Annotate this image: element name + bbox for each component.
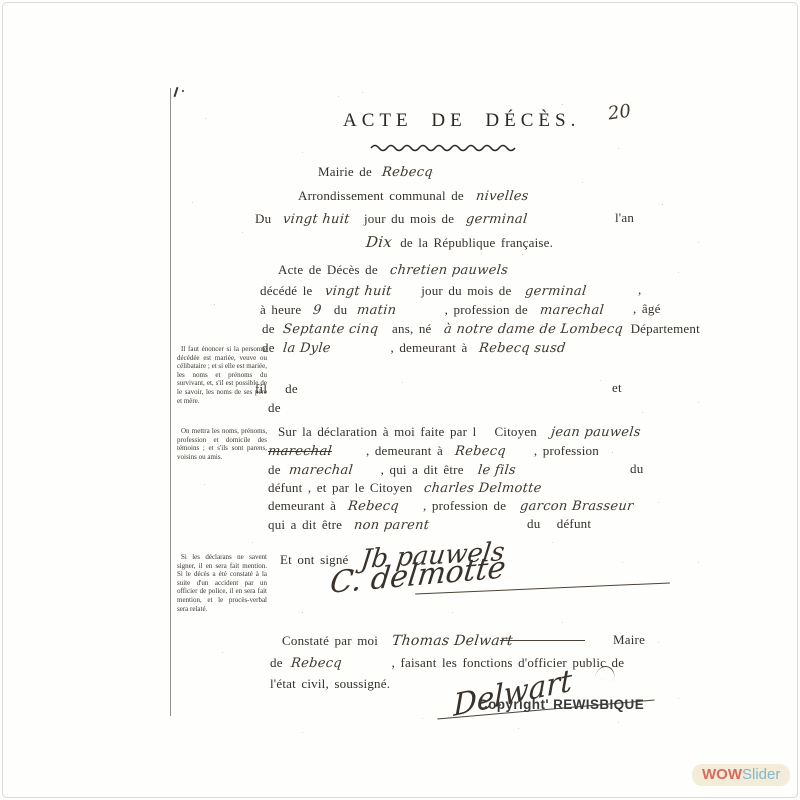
copyright-watermark: Copyright' REWISBIQUE (478, 697, 644, 712)
handwritten-entry: nivelles (475, 189, 529, 204)
printed-label: de (262, 321, 275, 336)
handwritten-entry: matin (356, 303, 397, 318)
handwritten-entry-struck: marechal (267, 444, 333, 459)
scanned-document-page: ACTE DE DÉCÈS. 20 Il faut énoncer si la … (0, 0, 800, 800)
printed-label: l'an (615, 210, 634, 226)
margin-note: Si les déclarans ne savent signer, il en… (177, 553, 267, 613)
printed-label: , profession de (445, 302, 528, 317)
handwritten-entry: marechal (539, 303, 605, 318)
line-defunt-citoyen2: défunt , et par le Citoyen charles Delmo… (268, 479, 542, 496)
printed-label: jour du mois de (421, 283, 511, 298)
line-profession1: de marechal , qui a dit être le fils du (268, 461, 648, 478)
line-decede-le: décédé le vingt huit jour du mois de ger… (260, 282, 660, 299)
handwritten-entry: germinal (465, 212, 528, 227)
line-constate: Constaté par moi Thomas Delwart Maire (282, 632, 642, 649)
handwritten-entry: le fils (477, 463, 516, 478)
handwritten-entry: charles Delmotte (424, 481, 543, 496)
printed-label: , faisant les fonctions d'officier publi… (392, 655, 625, 670)
printed-label: de la République française. (400, 235, 553, 250)
printed-label: Acte de Décès de (278, 262, 378, 277)
handwritten-entry: chretien pauwels (389, 263, 509, 278)
wowslider-badge[interactable]: WOWSlider (692, 764, 790, 786)
printed-label: de (285, 381, 298, 396)
line-age-naissance: de Septante cinq ans, né à notre dame de… (262, 320, 700, 337)
printed-label: demeurant à (268, 498, 336, 513)
line-temoin1: marechal , demeurant à Rebecq , professi… (268, 442, 599, 459)
margin-note: On mettra les noms, prénoms, profession … (177, 427, 267, 461)
printed-label: , demeurant à (366, 443, 443, 458)
line-parent: qui a dit être non parent du défunt (268, 516, 648, 533)
handwritten-entry: Rebecq (347, 499, 399, 514)
handwritten-entry: la Dyle (282, 341, 331, 356)
scan-mark (174, 87, 179, 97)
printed-label: Arrondissement communal de (298, 188, 464, 203)
line-de: de (268, 399, 281, 416)
printed-label: qui a dit être (268, 517, 342, 532)
line-an-republique: Dix de la République française. (366, 233, 553, 250)
line-temoin2: demeurant à Rebecq , profession de garco… (268, 497, 634, 514)
handwritten-entry: Septante cinq (282, 322, 379, 337)
printed-label: de (268, 462, 281, 477)
printed-label: de (262, 340, 275, 355)
printed-label: Maire (613, 632, 645, 648)
line-departement-demeure: de la Dyle , demeurant à Rebecq susd (262, 339, 566, 356)
scan-mark-dot (182, 90, 184, 92)
printed-label: du défunt (527, 516, 591, 532)
printed-label: Sur la déclaration à moi faite par l (278, 424, 476, 439)
printed-label: et (612, 380, 622, 396)
printed-label: fil (255, 381, 267, 396)
line-signature-delwart: Delwart (452, 676, 573, 693)
printed-label: , qui a dit être (381, 462, 464, 477)
line-signature-delmotte: C. delmotte (330, 558, 506, 575)
scan-noise (0, 0, 1, 1)
printed-label: jour du mois de (364, 211, 454, 226)
line-acte-de-deces-de: Acte de Décès de chretien pauwels (278, 261, 508, 278)
printed-label: , demeurant à (390, 340, 467, 355)
handwritten-entry: à notre dame de Lombecq (443, 322, 624, 337)
wowslider-badge-wow: WOW (702, 766, 742, 783)
line-date: Du vingt huit jour du mois de germinal l… (255, 210, 635, 227)
document-title: ACTE DE DÉCÈS. (343, 110, 580, 132)
handwritten-page-number: 20 (607, 101, 633, 125)
printed-label: , (638, 282, 641, 298)
printed-label: de (270, 655, 283, 670)
line-arrondissement: Arrondissement communal de nivelles (298, 187, 529, 204)
printed-label: ans, né (392, 321, 432, 336)
printed-label: à heure (260, 302, 301, 317)
handwritten-entry: vingt huit (283, 212, 351, 227)
handwritten-entry: jean pauwels (550, 425, 641, 440)
title-underline-ornament (369, 139, 524, 157)
handwritten-entry: Rebecq (290, 656, 342, 671)
line-declaration: Sur la déclaration à moi faite par l Cit… (278, 423, 641, 440)
printed-label: Département (631, 321, 700, 336)
printed-label: , âgé (633, 301, 661, 317)
printed-label: Constaté par moi (282, 633, 378, 648)
printed-label: décédé le (260, 283, 313, 298)
handwritten-entry: Rebecq (454, 444, 506, 459)
line-fil-de: fil de et (255, 380, 635, 397)
handwritten-entry: Dix (365, 233, 393, 251)
printed-label: de (268, 400, 281, 415)
line-mairie: Mairie de Rebecq (318, 163, 433, 180)
handwritten-entry: germinal (525, 284, 588, 299)
handwritten-entry: marechal (288, 463, 354, 478)
printed-label: défunt , et par le Citoyen (268, 480, 412, 495)
handwritten-entry: Rebecq (381, 165, 433, 180)
line-etat-civil: l'état civil, soussigné. (270, 675, 390, 692)
line-heure-profession: à heure 9 du matin , profession de marec… (260, 301, 670, 318)
scan-edge-line (170, 88, 171, 716)
handwritten-entry: non parent (353, 518, 430, 533)
pen-dash (500, 640, 585, 641)
handwritten-entry: vingt huit (324, 284, 392, 299)
wowslider-badge-slider: Slider (742, 766, 780, 783)
handwritten-entry: 9 (313, 303, 323, 318)
printed-label: , profession (534, 443, 599, 458)
printed-label: l'état civil, soussigné. (270, 676, 390, 691)
printed-label: , profession de (423, 498, 506, 513)
printed-label: Du (255, 211, 271, 226)
handwritten-entry: Rebecq susd (479, 341, 567, 356)
margin-note: Il faut énoncer si la personne décédée e… (177, 345, 267, 405)
handwritten-entry: Thomas Delwart (391, 633, 514, 649)
printed-label: Mairie de (318, 164, 372, 179)
printed-label: du (630, 461, 643, 477)
handwritten-entry: garcon Brasseur (519, 499, 634, 514)
printed-label: du (334, 302, 347, 317)
printed-label: Citoyen (494, 424, 537, 439)
